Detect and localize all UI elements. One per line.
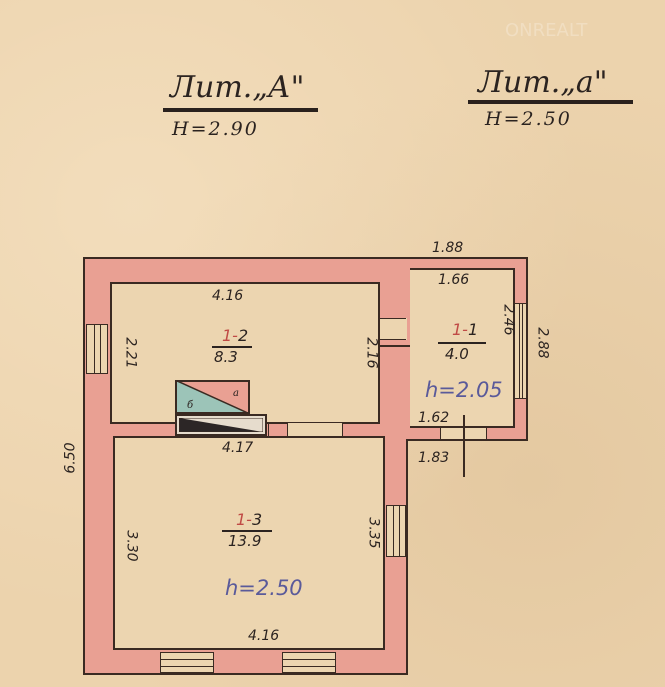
door-line bbox=[380, 339, 406, 340]
door-line bbox=[342, 423, 343, 436]
door-line bbox=[268, 423, 269, 436]
dim-room3-top: 4.17 bbox=[222, 440, 253, 456]
lit-a-underline bbox=[163, 108, 318, 112]
annex-inner-top bbox=[410, 268, 514, 270]
dim-annex-inner-top: 1.66 bbox=[438, 272, 469, 288]
outer-wall-left bbox=[83, 257, 85, 675]
dim-annex-inner-right: 2.46 bbox=[501, 304, 517, 335]
door-line bbox=[287, 423, 288, 436]
lit-small-a-height: H=2.50 bbox=[485, 108, 572, 130]
dim-room2-left: 2.21 bbox=[123, 337, 139, 368]
annex-outer-top bbox=[406, 257, 528, 259]
door-line bbox=[440, 428, 441, 439]
door-room2-to-room3 bbox=[288, 423, 343, 436]
room-1-1-area: 4.0 bbox=[445, 345, 469, 363]
window-room3-bottom-right bbox=[282, 652, 336, 673]
room-1-3-right-line bbox=[383, 436, 385, 650]
door-line bbox=[486, 428, 487, 439]
lit-small-a-title: Лит.„а" bbox=[478, 65, 608, 100]
window-room2-left bbox=[86, 324, 108, 374]
room-1-3-area: 13.9 bbox=[228, 532, 261, 550]
dim-annex-outer-right: 2.88 bbox=[535, 327, 551, 358]
section-mark-vertical bbox=[463, 415, 465, 477]
stove-label-a: a bbox=[233, 388, 239, 399]
dim-annex-outer-bottom: 1.83 bbox=[418, 450, 449, 466]
room-1-3-height: h=2.50 bbox=[225, 576, 303, 600]
dim-room3-left: 3.30 bbox=[124, 530, 140, 561]
room-1-1-fraction-line bbox=[438, 342, 486, 344]
dim-room2-top: 4.16 bbox=[212, 288, 243, 304]
room-1-3-prefix: 1- bbox=[236, 510, 252, 529]
room-1-2-number: 1-2 bbox=[222, 326, 248, 345]
room-1-2-prefix: 1- bbox=[222, 326, 238, 345]
room-1-1-height: h=2.05 bbox=[425, 378, 503, 402]
dim-annex-inner-bottom: 1.62 bbox=[418, 410, 449, 426]
outer-wall-bottom bbox=[83, 673, 408, 675]
room-1-1-num: 1 bbox=[468, 320, 478, 339]
window-room3-right bbox=[386, 505, 406, 557]
lit-a-title: Лит.„А" bbox=[170, 70, 304, 105]
room-1-3-number: 1-3 bbox=[236, 510, 262, 529]
annex-outer-bottom bbox=[406, 439, 528, 441]
dim-room3-bottom: 4.16 bbox=[248, 628, 279, 644]
room-1-1-number: 1-1 bbox=[452, 320, 478, 339]
room-1-3-left-line bbox=[113, 436, 115, 650]
door-line bbox=[380, 318, 406, 319]
room-1-3-bottom-line bbox=[113, 648, 385, 650]
section-mark bbox=[380, 345, 410, 347]
window-room3-bottom-left bbox=[160, 652, 214, 673]
outer-wall-top bbox=[83, 257, 408, 259]
room-1-3-top-line bbox=[113, 436, 385, 438]
stove-firebox-icon bbox=[179, 418, 263, 432]
room-1-2-left-line bbox=[110, 282, 112, 424]
dim-annex-outer-top: 1.88 bbox=[432, 240, 463, 256]
room-1-2-top-line bbox=[111, 282, 379, 284]
stove-label-b: б bbox=[187, 400, 193, 411]
dim-room3-right: 3.35 bbox=[366, 517, 382, 548]
stove-lower bbox=[175, 414, 267, 436]
lit-small-a-underline bbox=[468, 100, 633, 104]
room-1-2-num: 2 bbox=[238, 326, 248, 345]
dim-overall-left: 6.50 bbox=[63, 442, 79, 473]
watermark: ONREALT bbox=[505, 20, 587, 41]
room-1-3-num: 3 bbox=[252, 510, 262, 529]
room-1-1-prefix: 1- bbox=[452, 320, 468, 339]
door-room2-to-annex bbox=[380, 318, 407, 340]
stove-upper: a б bbox=[175, 380, 250, 414]
room-1-2-area: 8.3 bbox=[214, 348, 238, 366]
lit-a-height: H=2.90 bbox=[172, 118, 259, 140]
dim-room2-right: 2.16 bbox=[364, 337, 380, 368]
